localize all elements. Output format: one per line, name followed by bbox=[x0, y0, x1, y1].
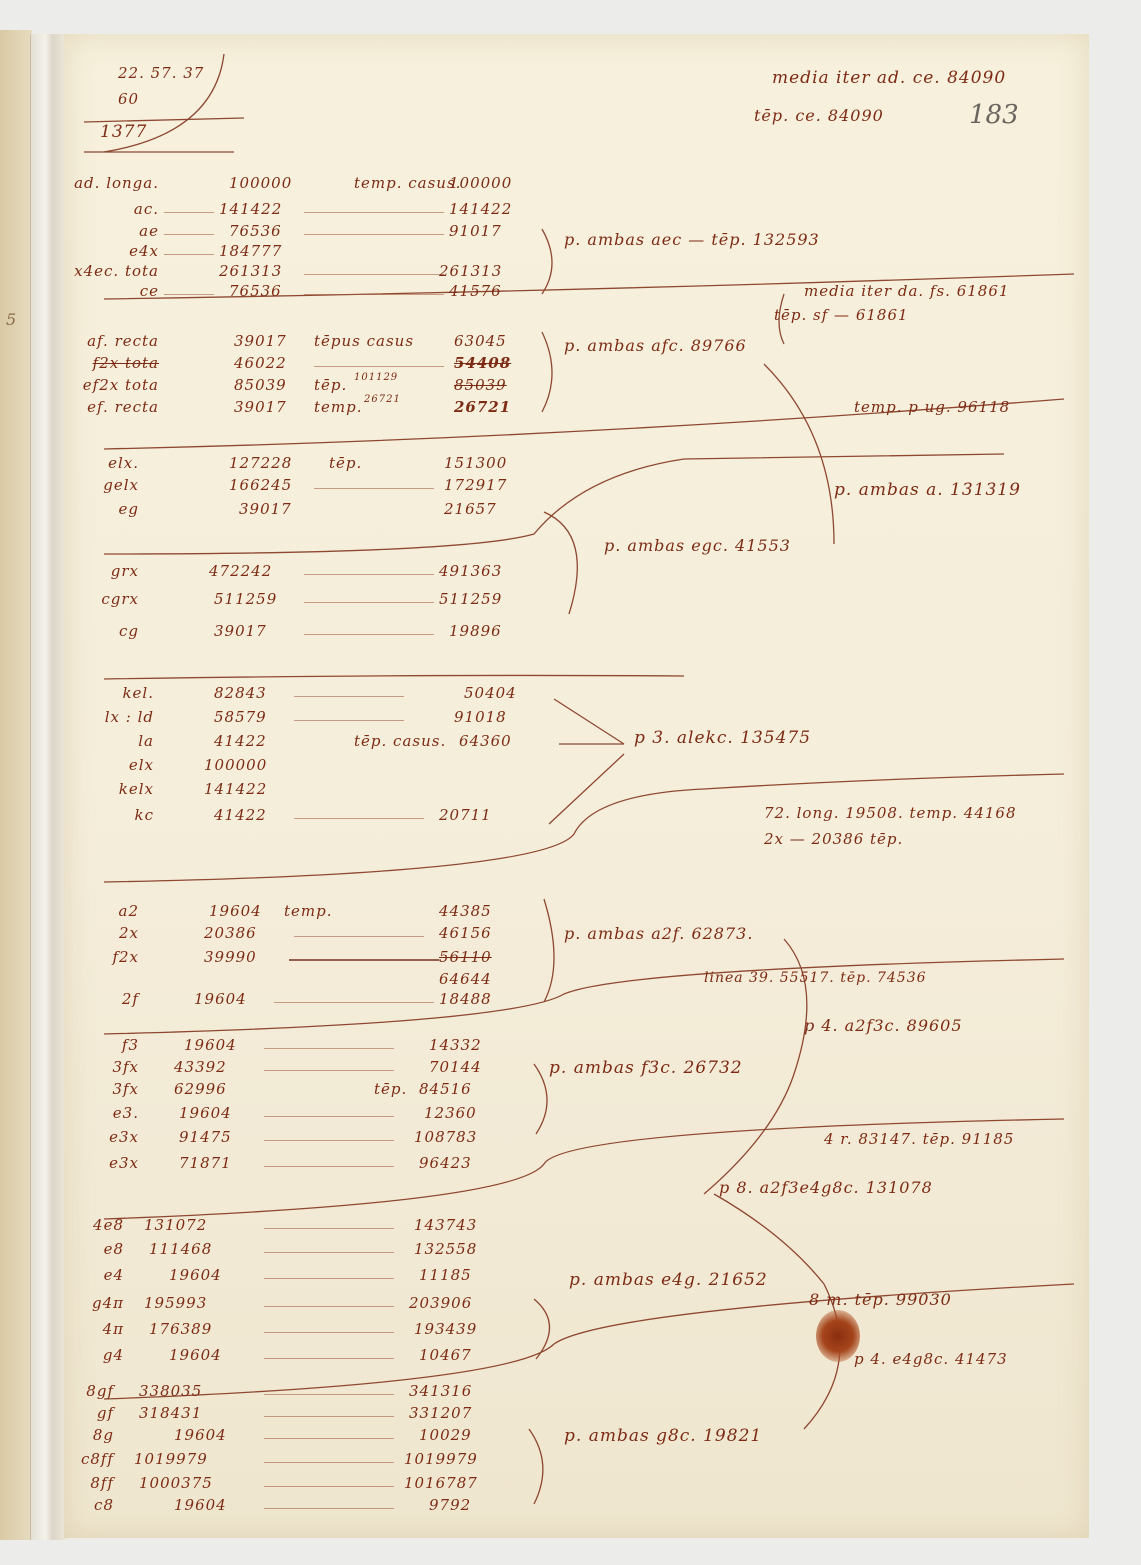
row-label: ef. recta bbox=[64, 398, 159, 416]
row-value-2: 20711 bbox=[439, 806, 492, 824]
table-row: f3 19604 14332 bbox=[64, 1036, 564, 1058]
section-result: p. ambas e4g. 21652 bbox=[569, 1270, 768, 1290]
row-value-1: 127228 bbox=[229, 454, 292, 472]
section-result: p. ambas afc. 89766 bbox=[564, 336, 747, 355]
row-value-1: 19604 bbox=[194, 990, 247, 1008]
row-value-1: 46022 bbox=[234, 354, 287, 372]
row-value-1: 261313 bbox=[219, 262, 282, 280]
header-tempus: tēp. ce. 84090 bbox=[754, 106, 884, 125]
row-value-1: 176389 bbox=[149, 1320, 212, 1338]
header-media: media iter ad. ce. 84090 bbox=[772, 68, 1006, 88]
row-label: ac. bbox=[64, 200, 159, 218]
table-row: e3. 19604 12360 bbox=[64, 1104, 564, 1126]
row-value-1: 71871 bbox=[179, 1154, 232, 1172]
table-row: 2f 19604 18488 bbox=[64, 990, 564, 1012]
row-value-2: 151300 bbox=[444, 454, 507, 472]
row-value-2: 18488 bbox=[439, 990, 492, 1008]
row-value-1: 195993 bbox=[144, 1294, 207, 1312]
row-label: e8 bbox=[64, 1240, 124, 1258]
row-value-2: 56110 bbox=[439, 948, 492, 966]
row-label: kelx bbox=[64, 780, 154, 798]
side-note: p 4. e4g8c. 41473 bbox=[854, 1350, 1008, 1368]
row-value-2: 14332 bbox=[429, 1036, 482, 1054]
table-row: 3fx 43392 70144 bbox=[64, 1058, 564, 1080]
row-value-1: 111468 bbox=[149, 1240, 212, 1258]
row-label: ce bbox=[64, 282, 159, 300]
row-value-1: 82843 bbox=[214, 684, 267, 702]
row-value-1: 19604 bbox=[174, 1496, 227, 1514]
side-note: media iter da. fs. 61861 bbox=[804, 282, 1009, 300]
row-value-2: 491363 bbox=[439, 562, 502, 580]
section-result: p 3. alekc. 135475 bbox=[634, 728, 811, 748]
table-row: lx : ld 58579 91018 bbox=[64, 708, 564, 730]
side-note: p 4. a2f3c. 89605 bbox=[804, 1016, 963, 1035]
section-result: p. ambas aec — tēp. 132593 bbox=[564, 230, 820, 249]
table-row: kelx 141422 bbox=[64, 780, 564, 802]
table-row: 4e8 131072 143743 bbox=[64, 1216, 564, 1238]
table-row: 64644 bbox=[64, 970, 564, 992]
row-label: g4π bbox=[64, 1294, 124, 1312]
row-label: c8 bbox=[64, 1496, 114, 1514]
row-mid: tēp. casus. bbox=[354, 732, 446, 750]
row-label: la bbox=[64, 732, 154, 750]
row-label: e3x bbox=[64, 1128, 139, 1146]
table-row: af. recta 39017 tēpus casus 63045 bbox=[64, 332, 544, 354]
row-value-2: 91017 bbox=[449, 222, 502, 240]
table-row: la 41422 tēp. casus. 64360 bbox=[64, 732, 564, 754]
side-note: tēp. sf — 61861 bbox=[774, 306, 909, 324]
row-label: 3fx bbox=[64, 1080, 139, 1098]
row-label: e3x bbox=[64, 1154, 139, 1172]
side-note: 4 r. 83147. tēp. 91185 bbox=[824, 1130, 1014, 1148]
row-mid: temp. bbox=[314, 398, 363, 416]
row-label: 2x bbox=[64, 924, 139, 942]
table-row: eg 39017 21657 bbox=[64, 500, 544, 522]
table-row: f2x 39990 56110 bbox=[64, 948, 564, 970]
row-value-2: 54408 bbox=[454, 354, 511, 372]
table-row: kel. 82843 50404 bbox=[64, 684, 564, 706]
row-value-1: 19604 bbox=[209, 902, 262, 920]
row-value-2: 9792 bbox=[429, 1496, 471, 1514]
table-row: ef. recta 39017 temp. 26721 26721 bbox=[64, 398, 544, 420]
row-label: x4ec. tota bbox=[64, 262, 159, 280]
table-row: grx 472242 491363 bbox=[64, 562, 544, 584]
row-label: 8g bbox=[64, 1426, 114, 1444]
row-mid: tēp. bbox=[329, 454, 362, 472]
row-value-1: 511259 bbox=[214, 590, 277, 608]
row-label: 4e8 bbox=[64, 1216, 124, 1234]
row-label: e4x bbox=[64, 242, 159, 260]
row-label: 4π bbox=[64, 1320, 124, 1338]
manuscript-page: 22. 57. 37 60 1377 media iter ad. ce. 84… bbox=[64, 34, 1089, 1538]
row-value-1: 41422 bbox=[214, 806, 267, 824]
side-note: linea 39. 55517. tēp. 74536 bbox=[704, 970, 927, 986]
binding-gutter bbox=[30, 34, 67, 1540]
ink-stain bbox=[816, 1310, 860, 1362]
row-label: cg bbox=[64, 622, 139, 640]
row-label: a2 bbox=[64, 902, 139, 920]
row-value-2: 63045 bbox=[454, 332, 507, 350]
row-value-2: 96423 bbox=[419, 1154, 472, 1172]
row-value-2: 193439 bbox=[414, 1320, 477, 1338]
row-label: lx : ld bbox=[64, 708, 154, 726]
row-value-2: 50404 bbox=[464, 684, 517, 702]
row-value-2: 64644 bbox=[439, 970, 492, 988]
row-value-1: 58579 bbox=[214, 708, 267, 726]
row-value-1: 166245 bbox=[229, 476, 292, 494]
row-label: eg bbox=[64, 500, 139, 518]
row-value-1: 141422 bbox=[219, 200, 282, 218]
side-note: p 8. a2f3e4g8c. 131078 bbox=[719, 1178, 933, 1197]
row-label: c8ff bbox=[64, 1450, 114, 1468]
row-value-2: 143743 bbox=[414, 1216, 477, 1234]
table-row: gf 318431 331207 bbox=[64, 1404, 564, 1426]
row-value-1: 39990 bbox=[204, 948, 257, 966]
table-row: a2 19604 temp. 44385 bbox=[64, 902, 564, 924]
table-row: g4 19604 10467 bbox=[64, 1346, 564, 1368]
table-row: kc 41422 20711 bbox=[64, 806, 564, 828]
adjacent-page-edge: 5 bbox=[0, 30, 32, 1540]
side-note: p. ambas a. 131319 bbox=[834, 480, 1021, 500]
table-row: 2x 20386 46156 bbox=[64, 924, 564, 946]
margin-mark: 5 bbox=[6, 310, 16, 329]
row-note: 101129 bbox=[354, 372, 398, 383]
row-label: grx bbox=[64, 562, 139, 580]
row-value-2: 12360 bbox=[424, 1104, 477, 1122]
row-value-1: 184777 bbox=[219, 242, 282, 260]
row-label: e4 bbox=[64, 1266, 124, 1284]
row-value-1: 39017 bbox=[214, 622, 267, 640]
row-label: ae bbox=[64, 222, 159, 240]
row-value-2: 1016787 bbox=[404, 1474, 478, 1492]
row-value-2: 46156 bbox=[439, 924, 492, 942]
row-label: elx bbox=[64, 756, 154, 774]
row-value-1: 43392 bbox=[174, 1058, 227, 1076]
row-label: g4 bbox=[64, 1346, 124, 1364]
table-row: cgrx 511259 511259 bbox=[64, 590, 544, 612]
row-value-2: 84516 bbox=[419, 1080, 472, 1098]
table-row: 8g 19604 10029 bbox=[64, 1426, 564, 1448]
table-row: gelx 166245 172917 bbox=[64, 476, 544, 498]
row-value-1: 19604 bbox=[169, 1266, 222, 1284]
row-label: f2x bbox=[64, 948, 139, 966]
row-mid: tēp. bbox=[374, 1080, 407, 1098]
row-value-2: 85039 bbox=[454, 376, 507, 394]
row-value-1: 41422 bbox=[214, 732, 267, 750]
row-value-1: 20386 bbox=[204, 924, 257, 942]
table-row: e4x 184777 bbox=[64, 242, 544, 264]
table-row: e3x 71871 96423 bbox=[64, 1154, 564, 1176]
row-value-1: 19604 bbox=[179, 1104, 232, 1122]
row-value-2: 26721 bbox=[454, 398, 511, 416]
row-value-2: 70144 bbox=[429, 1058, 482, 1076]
row-value-2: 19896 bbox=[449, 622, 502, 640]
row-note: 26721 bbox=[364, 394, 401, 405]
table-row: f2x tota 46022 54408 bbox=[64, 354, 544, 376]
row-label: 3fx bbox=[64, 1058, 139, 1076]
table-row: c8 19604 9792 bbox=[64, 1496, 564, 1518]
row-label: f2x tota bbox=[64, 354, 159, 372]
side-note: 8 m. tēp. 99030 bbox=[809, 1290, 952, 1309]
table-row: ad. longa. 100000 temp. casus. 100000 bbox=[64, 174, 544, 196]
row-value-2: 41576 bbox=[449, 282, 502, 300]
row-value-2: 511259 bbox=[439, 590, 502, 608]
table-row: 8ff 1000375 1016787 bbox=[64, 1474, 564, 1496]
row-value-1: 91475 bbox=[179, 1128, 232, 1146]
section-result: p. ambas a2f. 62873. bbox=[564, 924, 753, 943]
row-value-1: 39017 bbox=[234, 398, 287, 416]
row-value-1: 472242 bbox=[209, 562, 272, 580]
row-label: ad. longa. bbox=[64, 174, 159, 192]
row-mid: tēpus casus bbox=[314, 332, 414, 350]
row-value-1: 76536 bbox=[229, 222, 282, 240]
row-value-2: 44385 bbox=[439, 902, 492, 920]
row-label: af. recta bbox=[64, 332, 159, 350]
row-value-2: 141422 bbox=[449, 200, 512, 218]
row-label: kel. bbox=[64, 684, 154, 702]
table-row: elx. 127228 tēp. 151300 bbox=[64, 454, 544, 476]
row-value-2: 331207 bbox=[409, 1404, 472, 1422]
section-result: p. ambas egc. 41553 bbox=[604, 536, 791, 555]
row-value-1: 131072 bbox=[144, 1216, 207, 1234]
row-value-1: 318431 bbox=[139, 1404, 202, 1422]
table-row: 4π 176389 193439 bbox=[64, 1320, 564, 1342]
row-label: elx. bbox=[64, 454, 139, 472]
row-value-1: 19604 bbox=[184, 1036, 237, 1054]
section-result: p. ambas f3c. 26732 bbox=[549, 1058, 743, 1078]
row-value-2: 172917 bbox=[444, 476, 507, 494]
row-label: e3. bbox=[64, 1104, 139, 1122]
row-value-1: 39017 bbox=[234, 332, 287, 350]
row-mid: tēp. bbox=[314, 376, 347, 394]
table-row: elx 100000 bbox=[64, 756, 564, 778]
row-value-1: 100000 bbox=[229, 174, 292, 192]
row-value-2: 203906 bbox=[409, 1294, 472, 1312]
table-row: e4 19604 11185 bbox=[64, 1266, 564, 1288]
table-row: 8gf 338035 341316 bbox=[64, 1382, 564, 1404]
row-value-1: 19604 bbox=[169, 1346, 222, 1364]
side-note: temp. p ug. 96118 bbox=[854, 398, 1010, 416]
row-value-1: 76536 bbox=[229, 282, 282, 300]
row-label: ef2x tota bbox=[64, 376, 159, 394]
row-value-1: 39017 bbox=[239, 500, 292, 518]
row-value-1: 338035 bbox=[139, 1382, 202, 1400]
table-row: ae 76536 91017 bbox=[64, 222, 544, 244]
row-value-2: 10467 bbox=[419, 1346, 472, 1364]
table-row: e8 111468 132558 bbox=[64, 1240, 564, 1262]
table-row: x4ec. tota 261313 261313 bbox=[64, 262, 544, 284]
row-value-1: 19604 bbox=[174, 1426, 227, 1444]
row-value-2: 10029 bbox=[419, 1426, 472, 1444]
row-value-2: 91018 bbox=[454, 708, 507, 726]
side-note: 72. long. 19508. temp. 44168 bbox=[764, 804, 1017, 822]
row-mid: temp. casus. bbox=[354, 174, 461, 192]
row-value-1: 100000 bbox=[204, 756, 267, 774]
row-value-2: 1019979 bbox=[404, 1450, 478, 1468]
row-value-1: 1000375 bbox=[139, 1474, 213, 1492]
side-note: 2x — 20386 tēp. bbox=[764, 830, 903, 848]
row-value-1: 1019979 bbox=[134, 1450, 208, 1468]
table-row: c8ff 1019979 1019979 bbox=[64, 1450, 564, 1472]
header-calc-line2: 60 bbox=[118, 90, 139, 108]
header-calc-total: 1377 bbox=[100, 122, 147, 142]
table-row: 3fx 62996 tēp. 84516 bbox=[64, 1080, 564, 1102]
header-calc-line1: 22. 57. 37 bbox=[118, 64, 204, 82]
row-value-2: 100000 bbox=[449, 174, 512, 192]
row-value-1: 141422 bbox=[204, 780, 267, 798]
row-value-2: 261313 bbox=[439, 262, 502, 280]
row-label: gelx bbox=[64, 476, 139, 494]
row-value-2: 11185 bbox=[419, 1266, 472, 1284]
row-value-2: 21657 bbox=[444, 500, 497, 518]
row-label: 8ff bbox=[64, 1474, 114, 1492]
table-row: ef2x tota 85039 tēp. 101129 85039 bbox=[64, 376, 544, 398]
row-value-1: 62996 bbox=[174, 1080, 227, 1098]
row-mid: temp. bbox=[284, 902, 333, 920]
table-row: e3x 91475 108783 bbox=[64, 1128, 564, 1150]
section-result: p. ambas g8c. 19821 bbox=[564, 1426, 762, 1446]
row-value-2: 64360 bbox=[459, 732, 512, 750]
row-value-2: 108783 bbox=[414, 1128, 477, 1146]
row-label: f3 bbox=[64, 1036, 139, 1054]
row-label: kc bbox=[64, 806, 154, 824]
row-label: 8gf bbox=[64, 1382, 114, 1400]
row-label: 2f bbox=[64, 990, 139, 1008]
table-row: ac. 141422 141422 bbox=[64, 200, 544, 222]
row-value-2: 132558 bbox=[414, 1240, 477, 1258]
table-row: cg 39017 19896 bbox=[64, 622, 544, 644]
folio-number: 183 bbox=[969, 100, 1019, 130]
row-value-1: 85039 bbox=[234, 376, 287, 394]
table-row: ce 76536 41576 bbox=[64, 282, 544, 304]
row-label: cgrx bbox=[64, 590, 139, 608]
row-label: gf bbox=[64, 1404, 114, 1422]
row-value-2: 341316 bbox=[409, 1382, 472, 1400]
table-row: g4π 195993 203906 bbox=[64, 1294, 564, 1316]
